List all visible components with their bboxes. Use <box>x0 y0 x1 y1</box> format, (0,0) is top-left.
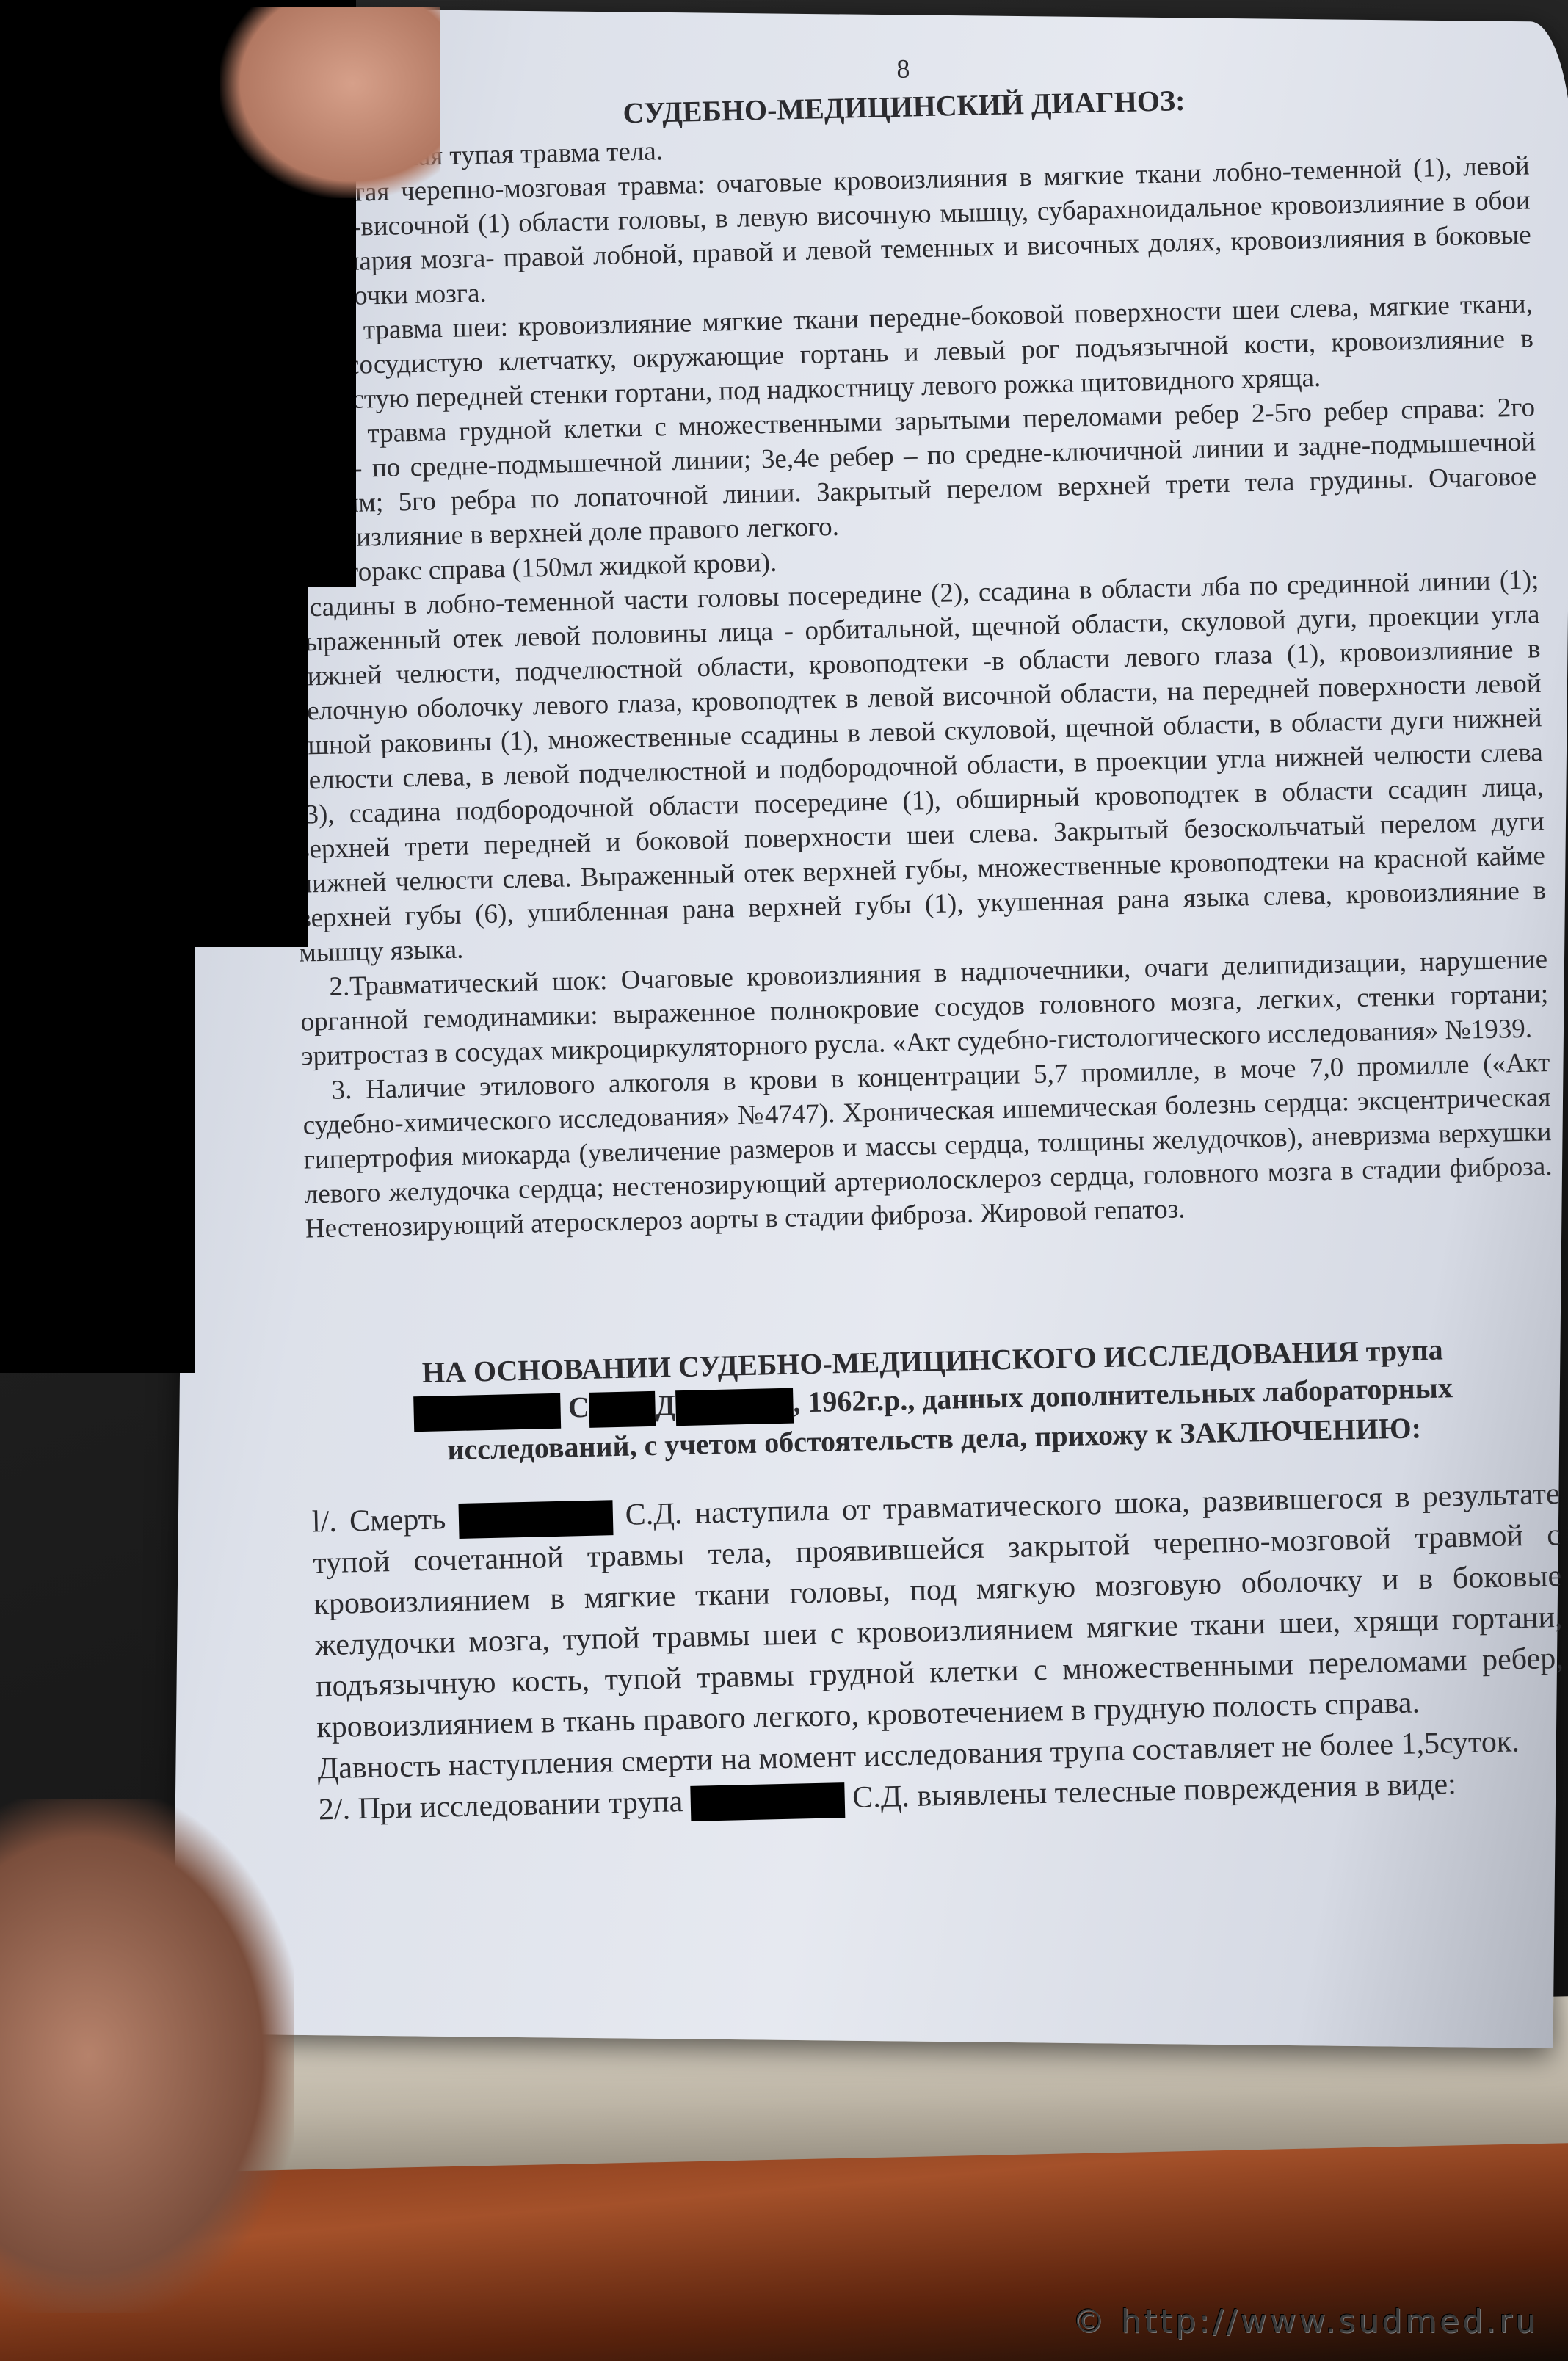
hand-bottom <box>0 1799 294 2313</box>
redaction-patronymic <box>675 1388 794 1426</box>
finger-top <box>220 7 440 198</box>
conclusion-body: l/. Смерть С.Д. наступила от травматичес… <box>311 1473 1567 1830</box>
diagnosis-abrasions: Ссадины в лобно-теменной части головы по… <box>291 562 1547 970</box>
conclusion-heading: НА ОСНОВАНИИ СУДЕБНО-МЕДИЦИНСКОГО ИССЛЕД… <box>308 1328 1558 1472</box>
redaction-surname-2 <box>458 1500 613 1539</box>
diagnosis-chest-injury: Тупая травма грудной клетки с множествен… <box>287 390 1538 556</box>
conclusion-item-1: l/. Смерть С.Д. наступила от травматичес… <box>311 1473 1564 1748</box>
document-content: 8 СУДЕБНО-МЕДИЦИНСКИЙ ДИАГНОЗ: 1. Сочета… <box>279 37 1567 1830</box>
redaction-block-left-middle <box>0 587 308 947</box>
redaction-surname <box>414 1393 562 1432</box>
redaction-surname-3 <box>690 1782 845 1821</box>
watermark: © http://www.sudmed.ru <box>1072 2303 1539 2340</box>
diagnosis-head-injury: Закрытая черепно-мозговая травма: очагов… <box>281 148 1532 315</box>
redaction-block-left-bottom <box>0 947 195 1373</box>
redaction-name <box>589 1391 656 1428</box>
diagnosis-item-3: 3. Наличие этилового алкоголя в крови в … <box>302 1045 1553 1247</box>
